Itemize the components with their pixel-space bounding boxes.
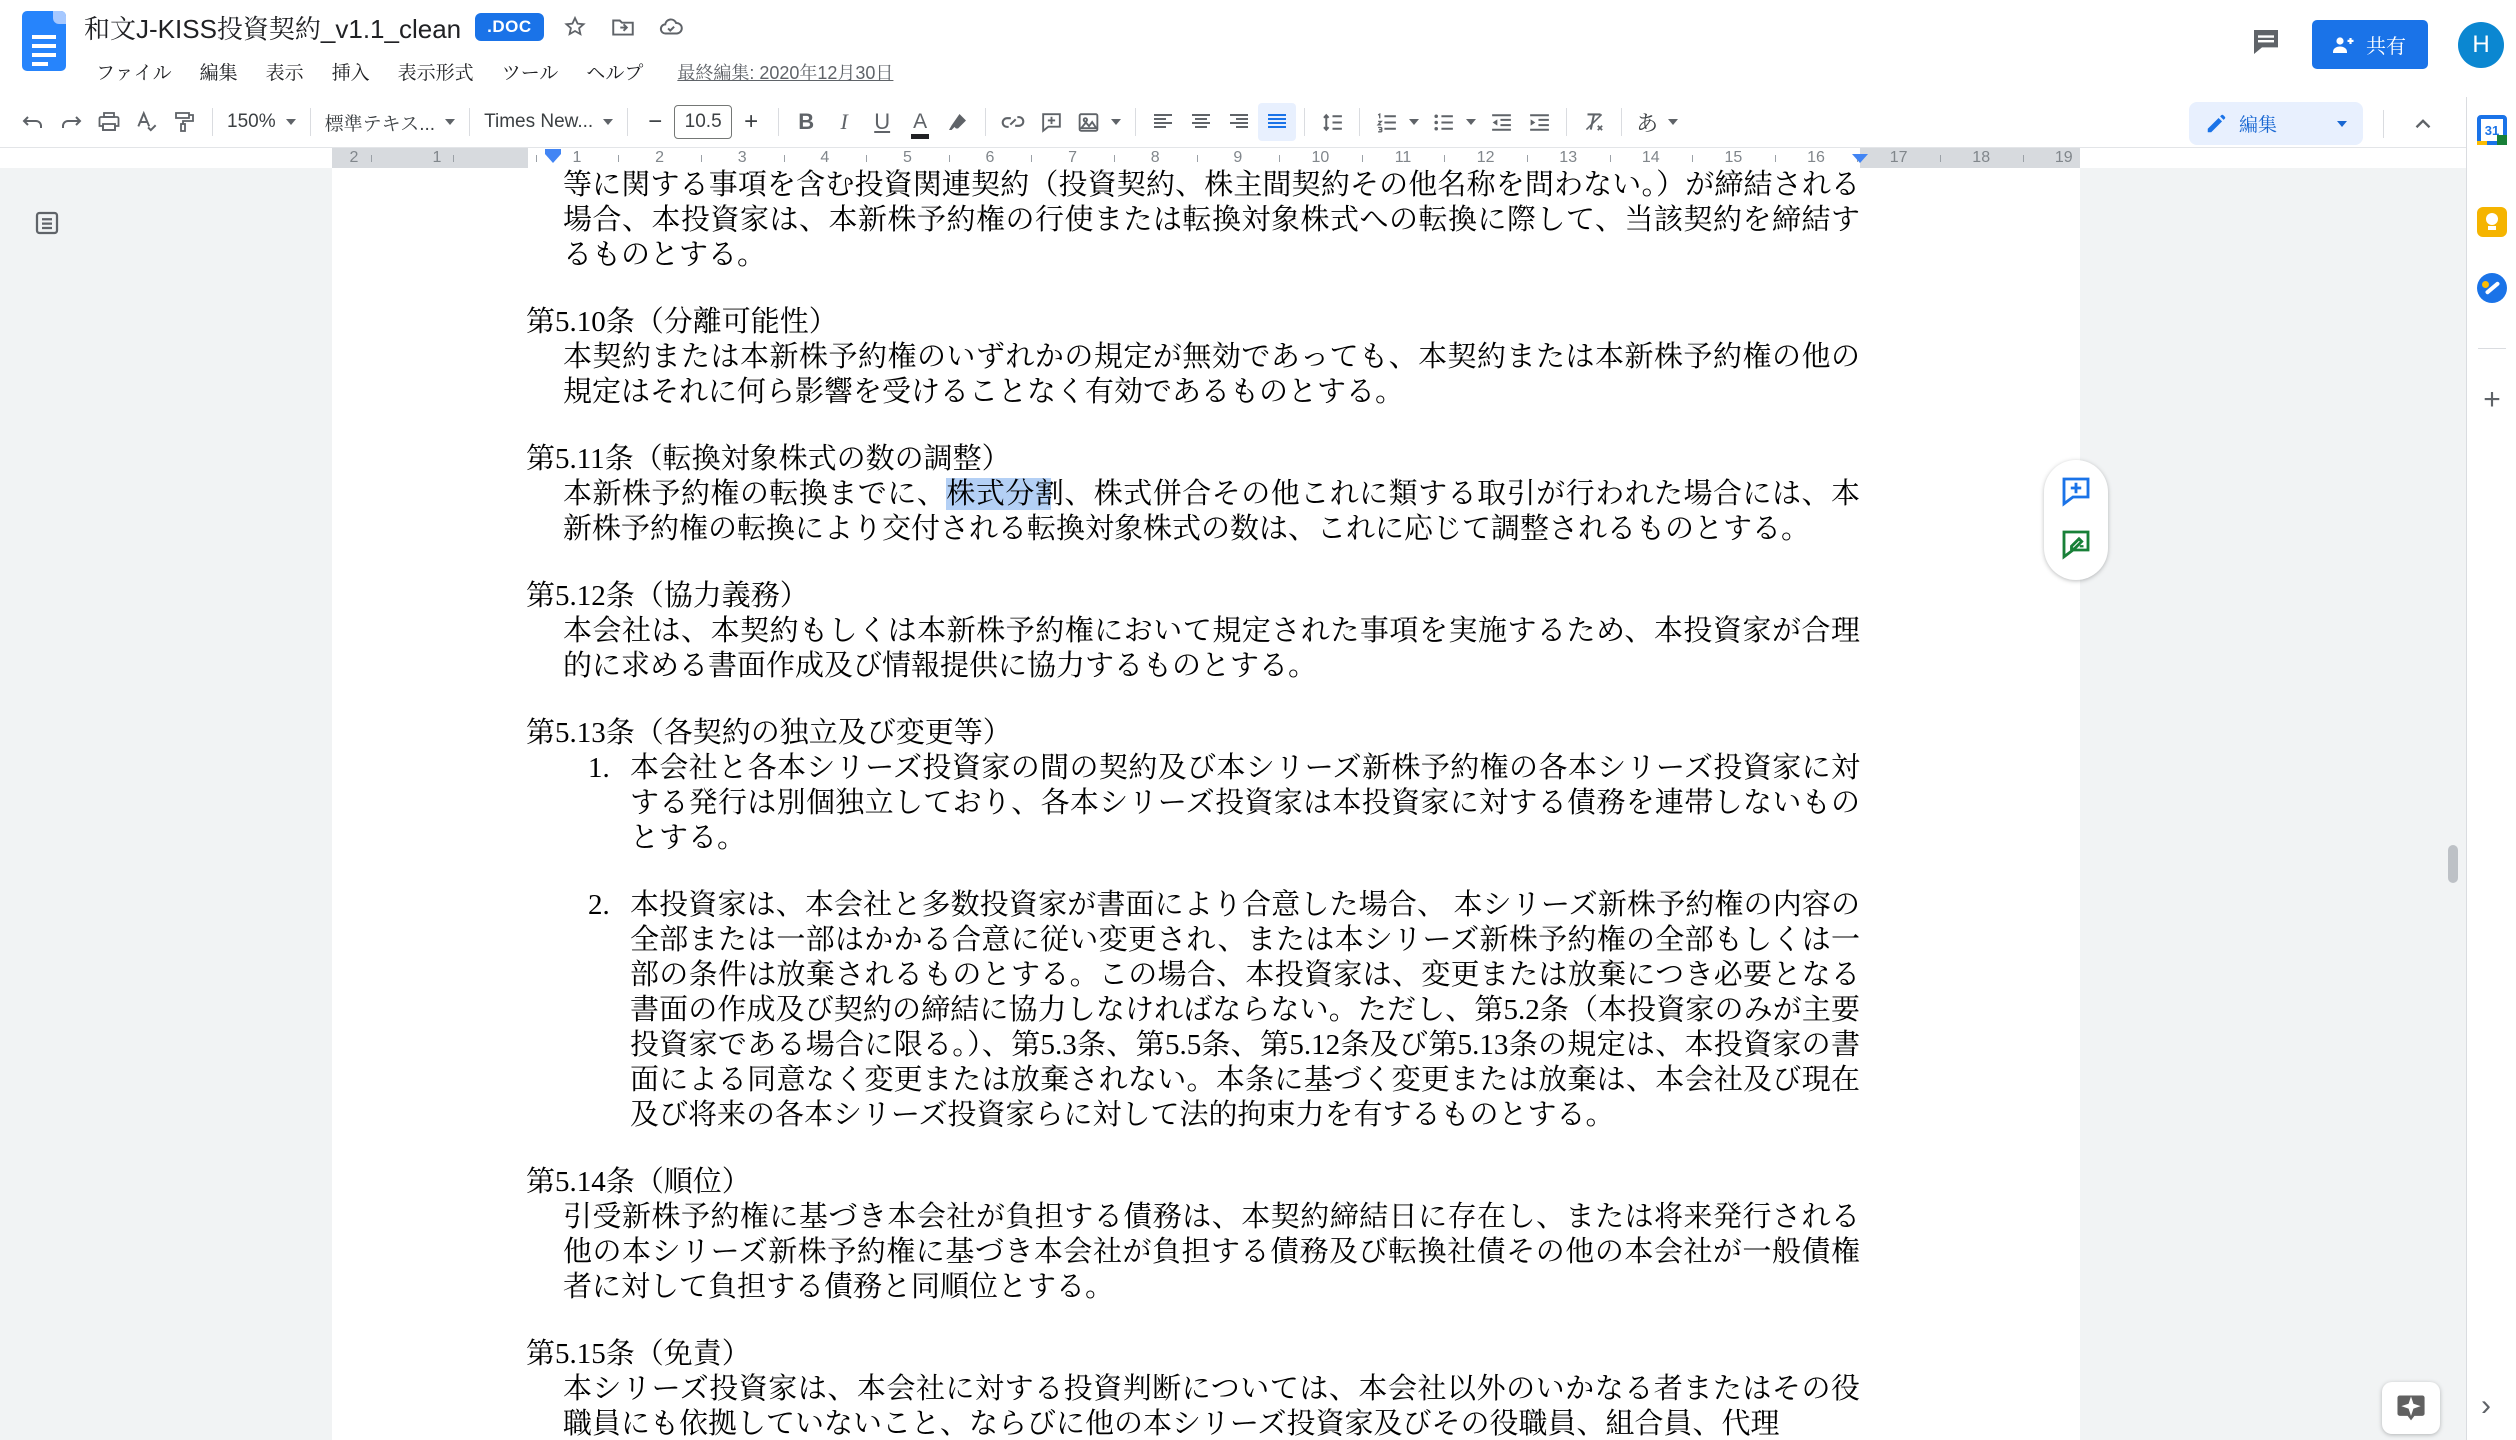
get-addons-icon[interactable]: + (2477, 385, 2507, 415)
ruler-tick (1031, 155, 1032, 162)
document-page[interactable]: 等に関する事項を含む投資関連契約（投資契約、株主間契約その他名称を問わない。）が… (332, 168, 2080, 1440)
document-outline-icon[interactable] (30, 206, 64, 240)
ruler-number: 18 (1972, 149, 1990, 167)
line-spacing-button[interactable] (1313, 103, 1351, 141)
margin-actions (2044, 460, 2108, 580)
ruler-tick (1527, 155, 1528, 162)
ruler-tick (1279, 155, 1280, 162)
ruler-tick (866, 155, 867, 162)
ruler-number: 14 (1642, 149, 1660, 167)
ruler[interactable]: 2112345678910111213141516171819 (0, 148, 2466, 168)
ruler-tick (1940, 155, 1941, 162)
add-comment-margin-button[interactable] (2058, 473, 2094, 514)
selected-text: 株式分 (946, 478, 1034, 510)
move-folder-icon[interactable] (606, 10, 640, 44)
app-header: 和文J-KISS投資契約_v1.1_clean .DOC ファイル編集表示挿入表… (0, 0, 2516, 97)
ruler-tick (371, 155, 372, 162)
paragraph-continuation: 等に関する事項を含む投資関連契約（投資契約、株主間契約その他名称を問わない。）が… (563, 168, 1860, 273)
tasks-icon[interactable] (2477, 273, 2507, 303)
ruler-tick (536, 155, 537, 162)
increase-font-size-button[interactable]: + (732, 103, 770, 141)
ruler-number: 6 (986, 149, 995, 167)
ruler-number: 5 (903, 149, 912, 167)
chevron-down-icon (1409, 119, 1419, 125)
ruler-tick (1362, 155, 1363, 162)
print-button[interactable] (90, 103, 128, 141)
share-button[interactable]: 共有 (2312, 20, 2428, 69)
ruler-tick (2023, 155, 2024, 162)
decrease-font-size-button[interactable]: − (636, 103, 674, 141)
suggest-edits-margin-button[interactable] (2058, 526, 2094, 567)
ruler-number: 17 (1890, 149, 1908, 167)
spell-check-button[interactable] (128, 103, 166, 141)
contract-section: 第5.11条（転換対象株式の数の調整）本新株予約権の転換までに、株式分割、株式併… (526, 442, 1860, 547)
ruler-tick (1197, 155, 1198, 162)
last-edited-link[interactable]: 最終編集: 2020年12月30日 (677, 59, 893, 85)
side-panel-rail: 31 + › (2466, 97, 2516, 1440)
ruler-tick (701, 155, 702, 162)
contract-section: 第5.13条（各契約の独立及び変更等）1.本会社と各本シリーズ投資家の間の契約及… (526, 716, 1860, 1133)
section-heading: 第5.14条（順位） (526, 1165, 1860, 1200)
insert-link-button[interactable] (994, 103, 1032, 141)
menu-help[interactable]: ヘルプ (574, 54, 655, 89)
ruler-tick (784, 155, 785, 162)
menu-format[interactable]: 表示形式 (386, 54, 486, 89)
document-title[interactable]: 和文J-KISS投資契約_v1.1_clean (84, 9, 461, 46)
cloud-status-icon[interactable] (654, 10, 688, 44)
section-heading: 第5.12条（協力義務） (526, 579, 1860, 614)
scrollbar-thumb[interactable] (2448, 845, 2458, 883)
paint-format-button[interactable] (166, 103, 204, 141)
section-heading: 第5.15条（免責） (526, 1337, 1860, 1372)
indent-marker-right[interactable] (1852, 154, 1868, 163)
chevron-down-icon (2337, 121, 2347, 127)
document-canvas[interactable]: 等に関する事項を含む投資関連契約（投資契約、株主間契約その他名称を問わない。）が… (0, 168, 2466, 1440)
ruler-tick (453, 155, 454, 162)
chevron-down-icon (1466, 119, 1476, 125)
explore-button[interactable] (2382, 1382, 2440, 1434)
ruler-number: 3 (738, 149, 747, 167)
doc-format-badge: .DOC (475, 13, 544, 41)
contract-section: 第5.10条（分離可能性）本契約または本新株予約権のいずれかの規定が無効であって… (526, 305, 1860, 410)
ruler-tick (1610, 155, 1611, 162)
ruler-number: 15 (1724, 149, 1742, 167)
chevron-down-icon (445, 119, 455, 125)
styles-select[interactable]: 標準テキス... (319, 103, 461, 141)
ruler-number: 2 (655, 149, 664, 167)
ruler-number: 2 (350, 149, 359, 167)
align-center-button[interactable] (1182, 103, 1220, 141)
redo-button[interactable] (52, 103, 90, 141)
toolbar: 150% 標準テキス... Times New... − 10.5 + B I … (0, 97, 2466, 148)
ruler-number: 9 (1233, 149, 1242, 167)
list-item: 1.本会社と各本シリーズ投資家の間の契約及び本シリーズ新株予約権の各本シリーズ投… (563, 751, 1860, 856)
indent-marker-left[interactable] (545, 149, 561, 163)
menu-view[interactable]: 表示 (254, 54, 316, 89)
ruler-number: 11 (1395, 149, 1412, 167)
ruler-number: 19 (2055, 149, 2073, 167)
highlight-color-button[interactable] (939, 103, 977, 141)
list-item-number: 1. (588, 751, 610, 786)
ruler-tick (618, 155, 619, 162)
menu-file[interactable]: ファイル (84, 54, 184, 89)
justify-button[interactable] (1258, 103, 1296, 141)
section-heading: 第5.10条（分離可能性） (526, 305, 1860, 340)
increase-indent-button[interactable] (1520, 103, 1558, 141)
keep-icon[interactable] (2477, 207, 2507, 237)
ruler-number: 7 (1068, 149, 1077, 167)
calendar-icon[interactable]: 31 (2477, 115, 2507, 145)
ruler-tick (1114, 155, 1115, 162)
section-list: 1.本会社と各本シリーズ投資家の間の契約及び本シリーズ新株予約権の各本シリーズ投… (563, 751, 1860, 1133)
zoom-select[interactable]: 150% (221, 103, 302, 141)
bulleted-list-button[interactable] (1425, 103, 1482, 141)
menu-insert[interactable]: 挿入 (320, 54, 382, 89)
ruler-number: 10 (1311, 149, 1329, 167)
hide-menus-button[interactable] (2404, 105, 2442, 143)
section-body: 本新株予約権の転換までに、株式分割、株式併合その他これに類する取引が行われた場合… (563, 477, 1860, 547)
chevron-down-icon (286, 119, 296, 125)
hide-side-panel-icon[interactable]: › (2481, 1389, 2491, 1423)
ruler-tick (1692, 155, 1693, 162)
clear-formatting-button[interactable] (1575, 103, 1613, 141)
ruler-number: 4 (820, 149, 829, 167)
underline-button[interactable]: U (863, 103, 901, 141)
font-size-field[interactable]: 10.5 (674, 105, 732, 139)
doc-content: 等に関する事項を含む投資関連契約（投資契約、株主間契約その他名称を問わない。）が… (526, 168, 1860, 1440)
ruler-number: 12 (1477, 149, 1495, 167)
section-heading: 第5.11条（転換対象株式の数の調整） (526, 442, 1860, 477)
selected-text-partial: 割 (1035, 478, 1065, 510)
input-tools-button[interactable]: あ (1630, 103, 1684, 141)
editing-mode-select[interactable]: 編集 (2189, 102, 2363, 145)
section-body: 本契約または本新株予約権のいずれかの規定が無効であっても、本契約または本新株予約… (563, 340, 1860, 410)
italic-button[interactable]: I (825, 103, 863, 141)
menu-bar: ファイル編集表示挿入表示形式ツールヘルプ最終編集: 2020年12月30日 (84, 54, 893, 89)
chevron-down-icon (1111, 119, 1121, 125)
add-comment-button[interactable] (1032, 103, 1070, 141)
comments-icon[interactable] (2250, 26, 2282, 63)
ruler-number: 1 (433, 149, 442, 167)
contract-section: 第5.15条（免責）本シリーズ投資家は、本会社に対する投資判断については、本会社… (526, 1337, 1860, 1440)
section-body: 引受新株予約権に基づき本会社が負担する債務は、本契約締結日に存在し、または将来発… (563, 1200, 1860, 1305)
text-color-button[interactable]: A (901, 103, 939, 141)
ruler-number: 8 (1151, 149, 1160, 167)
pencil-icon (2205, 113, 2227, 135)
menu-edit[interactable]: 編集 (188, 54, 250, 89)
ruler-tick (949, 155, 950, 162)
section-body: 本シリーズ投資家は、本会社に対する投資判断については、本会社以外のいかなる者また… (563, 1372, 1860, 1440)
ruler-number: 16 (1807, 149, 1825, 167)
insert-image-button[interactable] (1070, 103, 1127, 141)
align-right-button[interactable] (1220, 103, 1258, 141)
section-heading: 第5.13条（各契約の独立及び変更等） (526, 716, 1860, 751)
bold-button[interactable]: B (787, 103, 825, 141)
chevron-down-icon (603, 119, 613, 125)
ruler-tick (1775, 155, 1776, 162)
ruler-tick (1444, 155, 1445, 162)
chevron-down-icon (1668, 119, 1678, 125)
list-item-number: 2. (588, 888, 610, 923)
list-item: 2.本投資家は、本会社と多数投資家が書面により合意した場合、 本シリーズ新株予約… (563, 888, 1860, 1133)
ruler-number: 13 (1559, 149, 1577, 167)
menu-tools[interactable]: ツール (490, 54, 571, 89)
google-docs-logo-icon[interactable] (22, 11, 66, 71)
star-icon[interactable] (558, 10, 592, 44)
section-body: 本会社は、本契約もしくは本新株予約権において規定された事項を実施するため、本投資… (563, 614, 1860, 684)
numbered-list-button[interactable] (1368, 103, 1425, 141)
contract-section: 第5.14条（順位）引受新株予約権に基づき本会社が負担する債務は、本契約締結日に… (526, 1165, 1860, 1305)
decrease-indent-button[interactable] (1482, 103, 1520, 141)
avatar[interactable]: H (2458, 22, 2504, 68)
align-left-button[interactable] (1144, 103, 1182, 141)
font-select[interactable]: Times New... (478, 103, 619, 141)
undo-button[interactable] (14, 103, 52, 141)
ruler-number: 1 (573, 149, 582, 167)
rail-divider (2478, 348, 2506, 349)
contract-section: 第5.12条（協力義務）本会社は、本契約もしくは本新株予約権において規定された事… (526, 579, 1860, 684)
